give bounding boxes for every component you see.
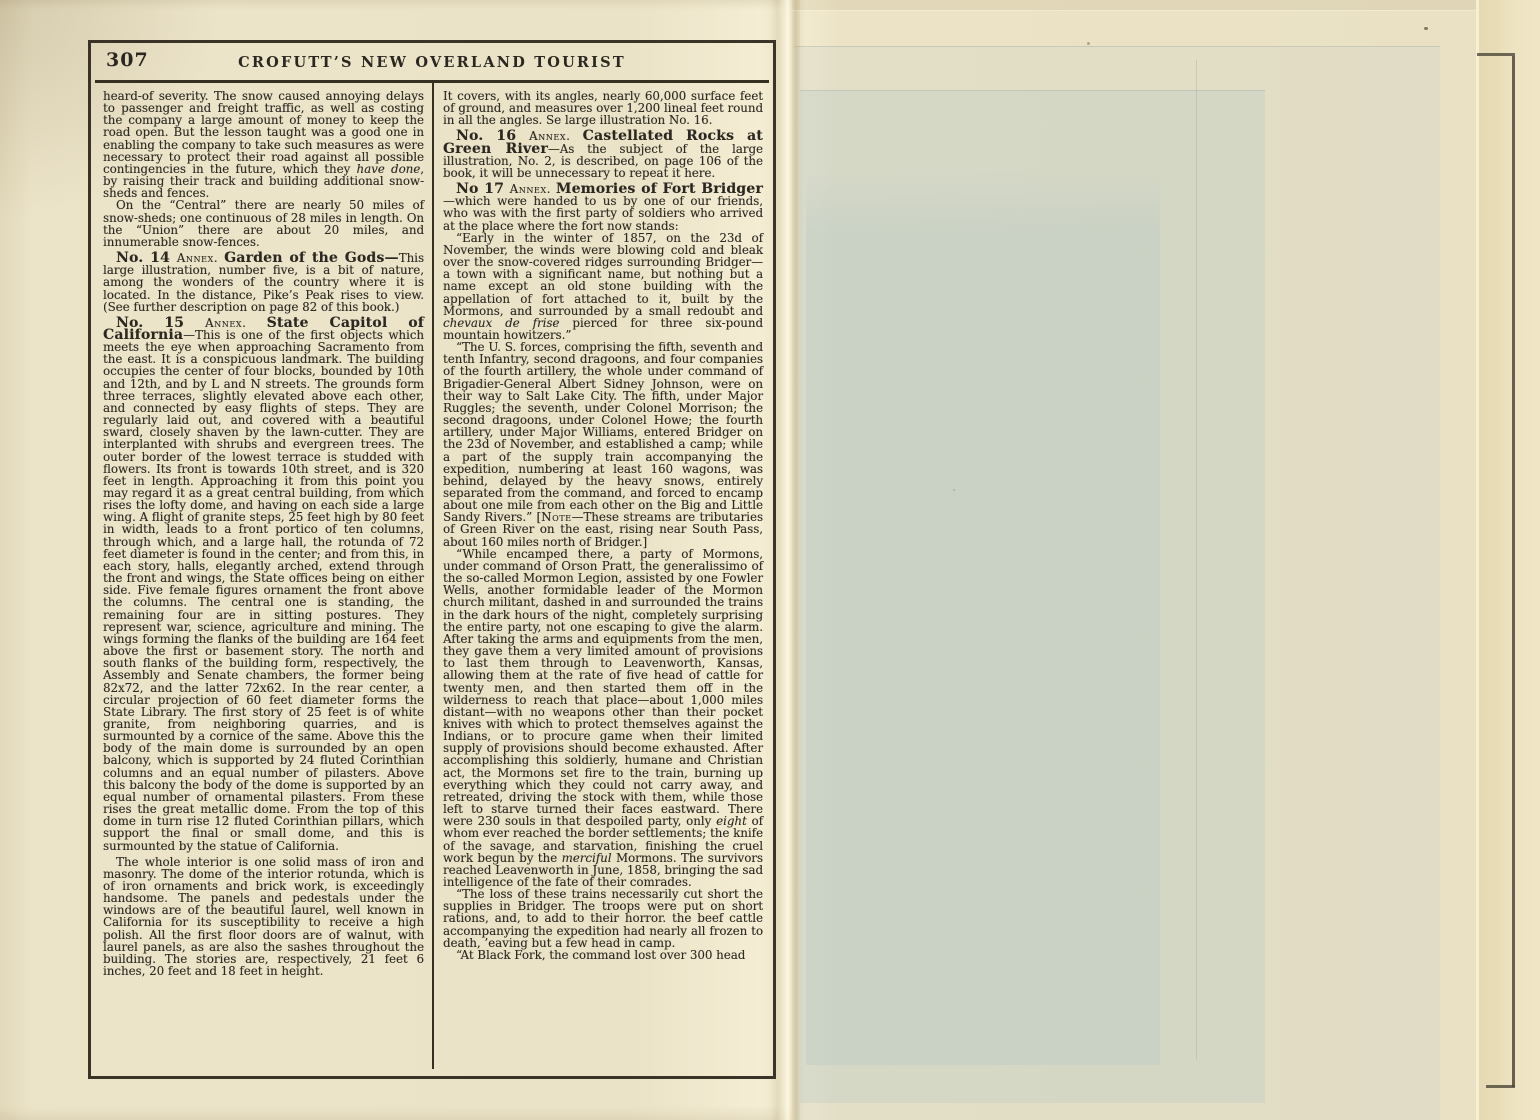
right-page-top-edge (792, 0, 1476, 11)
text-columns: heard-of severity. The snow caused annoy… (91, 83, 773, 1069)
page-fore-edges (1476, 0, 1540, 1120)
paragraph-annex-14: No. 14 Annex. Garden of the Gods—This la… (103, 252, 424, 313)
text-run: “While encamped there, a party of Mormon… (443, 547, 763, 828)
paragraph: “The loss of these trains necessarily cu… (443, 888, 763, 949)
right-text-column: It covers, with its angles, nearly 60,00… (432, 83, 773, 1069)
ghost-page-border-vertical (1512, 56, 1515, 1087)
text-run: The whole interior is one solid mass of … (103, 855, 424, 978)
paragraph: “While encamped there, a party of Mormon… (443, 548, 763, 888)
text-run: On the “Central” there are nearly 50 mil… (103, 198, 424, 248)
running-title: CROFUTT’S NEW OVERLAND TOURIST (95, 54, 769, 71)
paragraph-annex-17: No 17 Annex. Memories of Fort Bridger—wh… (443, 183, 763, 232)
paper-speck (1087, 42, 1090, 45)
show-through-rule (1196, 60, 1197, 1060)
ghost-page-border-top (1477, 53, 1515, 56)
text-run: —which were handed to us by one of our f… (443, 194, 763, 232)
paper-speck (1424, 27, 1428, 30)
page-header: 307 CROFUTT’S NEW OVERLAND TOURIST (95, 43, 769, 83)
text-run: “The U. S. forces, comprising the fifth,… (443, 340, 763, 524)
text-run: “The loss of these trains necessarily cu… (443, 887, 763, 950)
paragraph-annex-15: No. 15 Annex. State Capitol of Californi… (103, 317, 424, 852)
show-through-panel-core (806, 170, 1160, 1065)
text-run: —This is one of the first objects which … (103, 328, 424, 853)
paragraph: “Early in the winter of 1857, on the 23d… (443, 232, 763, 341)
paragraph: It covers, with its angles, nearly 60,00… (443, 90, 763, 126)
text-run: “At Black Fork, the command lost over 30… (456, 948, 745, 962)
paragraph: heard-of severity. The snow caused annoy… (103, 90, 424, 199)
paragraph: “The U. S. forces, comprising the fifth,… (443, 341, 763, 548)
text-run: “Early in the winter of 1857, on the 23d… (443, 231, 763, 318)
paragraph: The whole interior is one solid mass of … (103, 856, 424, 978)
text-run: It covers, with its angles, nearly 60,00… (443, 89, 763, 127)
paragraph: “At Black Fork, the command lost over 30… (443, 949, 763, 961)
paragraph-annex-16: No. 16 Annex. Castellated Rocks at Green… (443, 130, 763, 179)
paragraph: On the “Central” there are nearly 50 mil… (103, 199, 424, 248)
book-spread: 307 CROFUTT’S NEW OVERLAND TOURIST heard… (0, 0, 1540, 1120)
ghost-page-border-bottom (1486, 1085, 1515, 1088)
printed-page-frame: 307 CROFUTT’S NEW OVERLAND TOURIST heard… (88, 40, 776, 1079)
paper-speck (953, 489, 955, 491)
left-text-column: heard-of severity. The snow caused annoy… (91, 83, 432, 1069)
